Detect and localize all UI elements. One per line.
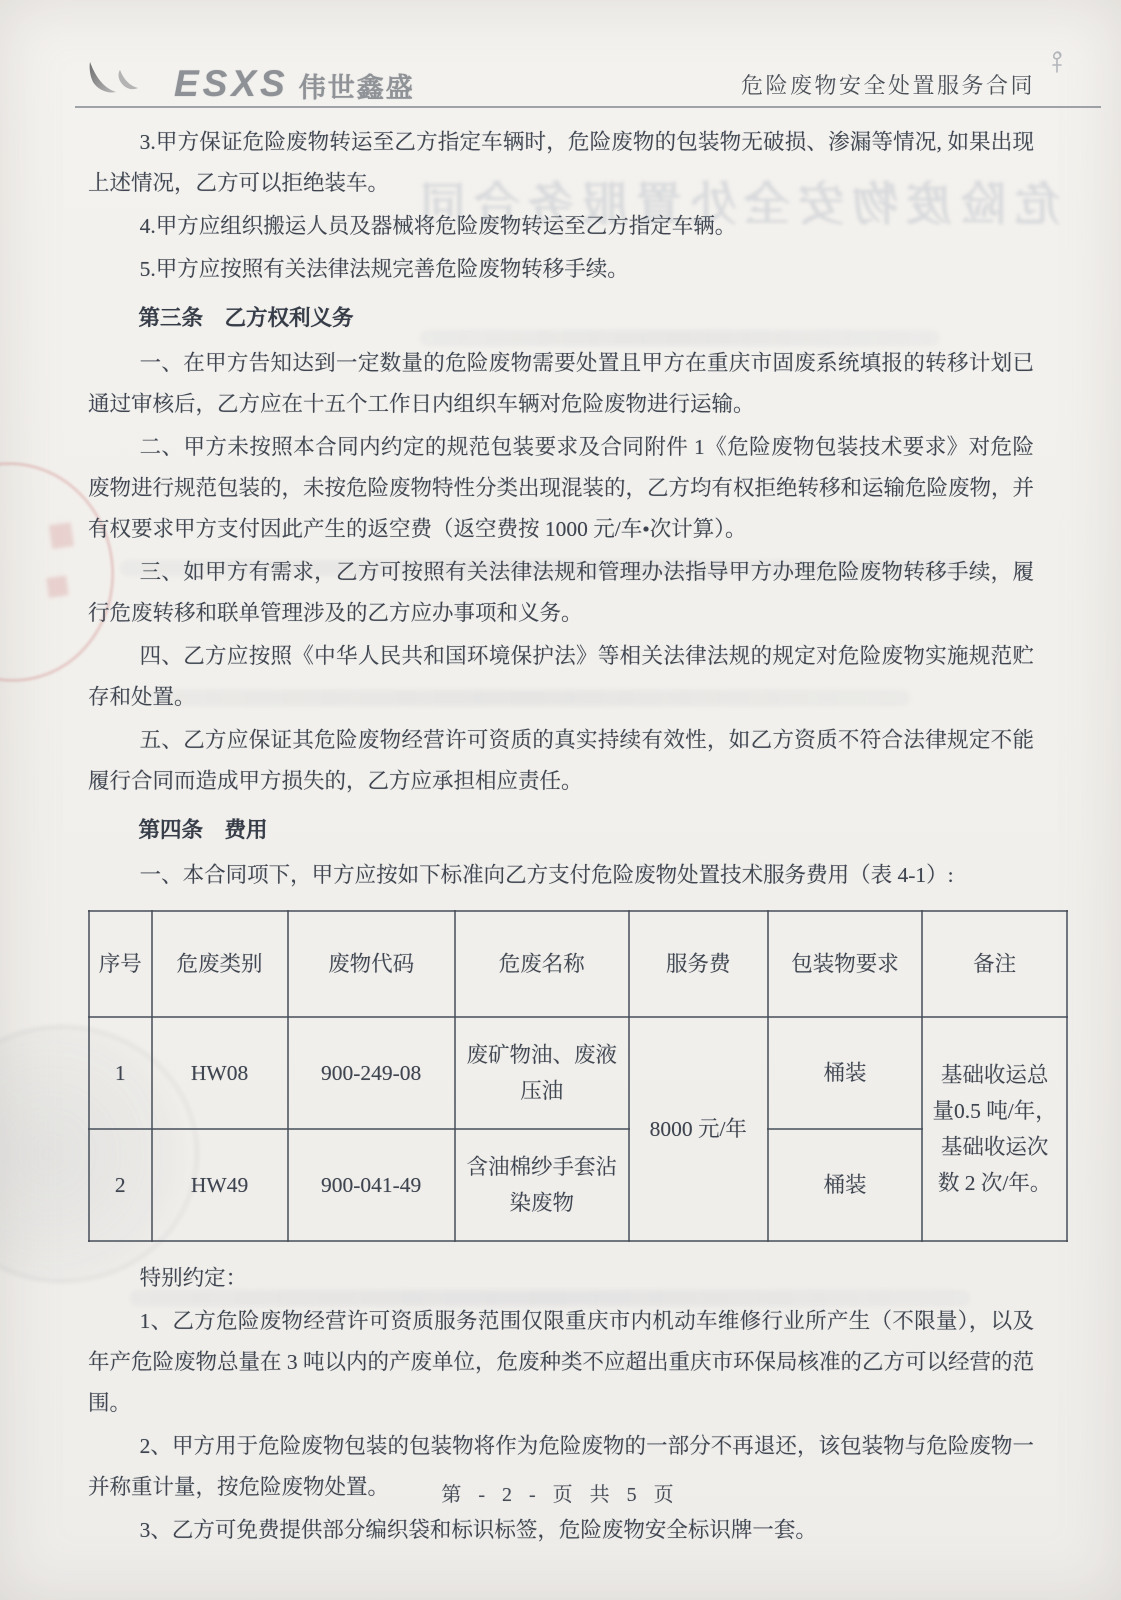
cell-name: 废矿物油、废液压油 — [455, 1017, 629, 1129]
header-divider — [75, 106, 1101, 108]
section-3-item-3: 三、如甲方有需求，乙方可按照有关法律法规和管理办法指导甲方办理危险废物转移手续，… — [88, 552, 1068, 634]
logo-latin-text: ESXS — [174, 65, 289, 102]
clause-2-item-5: 5.甲方应按照有关法律法规完善危险废物转移手续。 — [88, 249, 1068, 290]
special-provision-3: 3、乙方可免费提供部分编织袋和标识标签，危险废物安全标识牌一套。 — [88, 1510, 1068, 1551]
clause-2-item-3: 3.甲方保证危险废物转运至乙方指定车辆时，危险废物的包装物无破损、渗漏等情况, … — [88, 122, 1068, 204]
col-header-remark: 备注 — [922, 911, 1067, 1017]
cell-packaging: 桶装 — [768, 1129, 923, 1241]
cell-service-fee: 8000 元/年 — [629, 1017, 768, 1241]
special-provisions-heading: 特别约定： — [88, 1258, 1068, 1299]
col-header-packaging: 包装物要求 — [768, 911, 923, 1017]
contract-page-scan: 危险废物安全处置服务合同 ESXS — [0, 0, 1121, 1600]
cell-name: 含油棉纱手套沾染废物 — [455, 1129, 629, 1241]
cell-index: 1 — [89, 1017, 152, 1129]
section-3-item-1: 一、在甲方告知达到一定数量的危险废物需要处置且甲方在重庆市固废系统填报的转移计划… — [88, 343, 1068, 425]
cell-index: 2 — [89, 1129, 152, 1241]
fee-table-row-1: 1 HW08 900-249-08 废矿物油、废液压油 8000 元/年 桶装 … — [89, 1017, 1067, 1129]
cell-packaging: 桶装 — [768, 1017, 923, 1129]
company-logo: ESXS 伟世鑫盛 — [86, 56, 415, 102]
page-footer: 第 - 2 - 页 共 5 页 — [0, 1478, 1121, 1507]
col-header-name: 危废名称 — [455, 911, 629, 1017]
logo-swoosh-icon — [86, 56, 164, 102]
page-header: ESXS 伟世鑫盛 危险废物安全处置服务合同 — [78, 40, 1059, 102]
section-3-item-4: 四、乙方应按照《中华人民共和国环境保护法》等相关法律法规的规定对危险废物实施规范… — [88, 636, 1068, 718]
section-3-item-5: 五、乙方应保证其危险废物经营许可资质的真实持续有效性，如乙方资质不符合法律规定不… — [88, 720, 1068, 802]
document-header-title: 危险废物安全处置服务合同 — [741, 69, 1035, 100]
cell-remark: 基础收运总量0.5 吨/年，基础收运次数 2 次/年。 — [922, 1017, 1067, 1241]
col-header-index: 序号 — [89, 911, 152, 1017]
special-provision-1: 1、乙方危险废物经营许可资质服务范围仅限重庆市内机动车维修行业所产生（不限量），… — [88, 1301, 1068, 1424]
cell-code: 900-041-49 — [288, 1129, 455, 1241]
fee-table: 序号 危废类别 废物代码 危废名称 服务费 包装物要求 备注 1 HW08 90… — [88, 910, 1068, 1242]
cell-category: HW49 — [152, 1129, 288, 1241]
col-header-category: 危废类别 — [152, 911, 288, 1017]
fee-table-row-2: 2 HW49 900-041-49 含油棉纱手套沾染废物 桶装 — [89, 1129, 1067, 1241]
col-header-fee: 服务费 — [629, 911, 768, 1017]
section-4-heading: 第四条 费用 — [88, 810, 1068, 851]
page-indicator: 第 - 2 - 页 共 5 页 — [441, 1484, 679, 1506]
section-3-item-2: 二、甲方未按照本合同内约定的规范包装要求及合同附件 1《危险废物包装技术要求》对… — [88, 427, 1068, 550]
cell-code: 900-249-08 — [288, 1017, 455, 1129]
section-4-intro: 一、本合同项下，甲方应按如下标准向乙方支付危险废物处置技术服务费用（表 4-1）… — [88, 855, 1068, 896]
col-header-code: 废物代码 — [288, 911, 455, 1017]
fee-table-header-row: 序号 危废类别 废物代码 危废名称 服务费 包装物要求 备注 — [89, 911, 1067, 1017]
contract-body: 3.甲方保证危险废物转运至乙方指定车辆时，危险废物的包装物无破损、渗漏等情况, … — [88, 122, 1068, 1553]
section-3-heading: 第三条 乙方权利义务 — [88, 298, 1068, 339]
logo-cn-text: 伟世鑫盛 — [299, 74, 415, 102]
cell-category: HW08 — [152, 1017, 288, 1129]
clause-2-item-4: 4.甲方应组织搬运人员及器械将危险废物转运至乙方指定车辆。 — [88, 206, 1068, 247]
